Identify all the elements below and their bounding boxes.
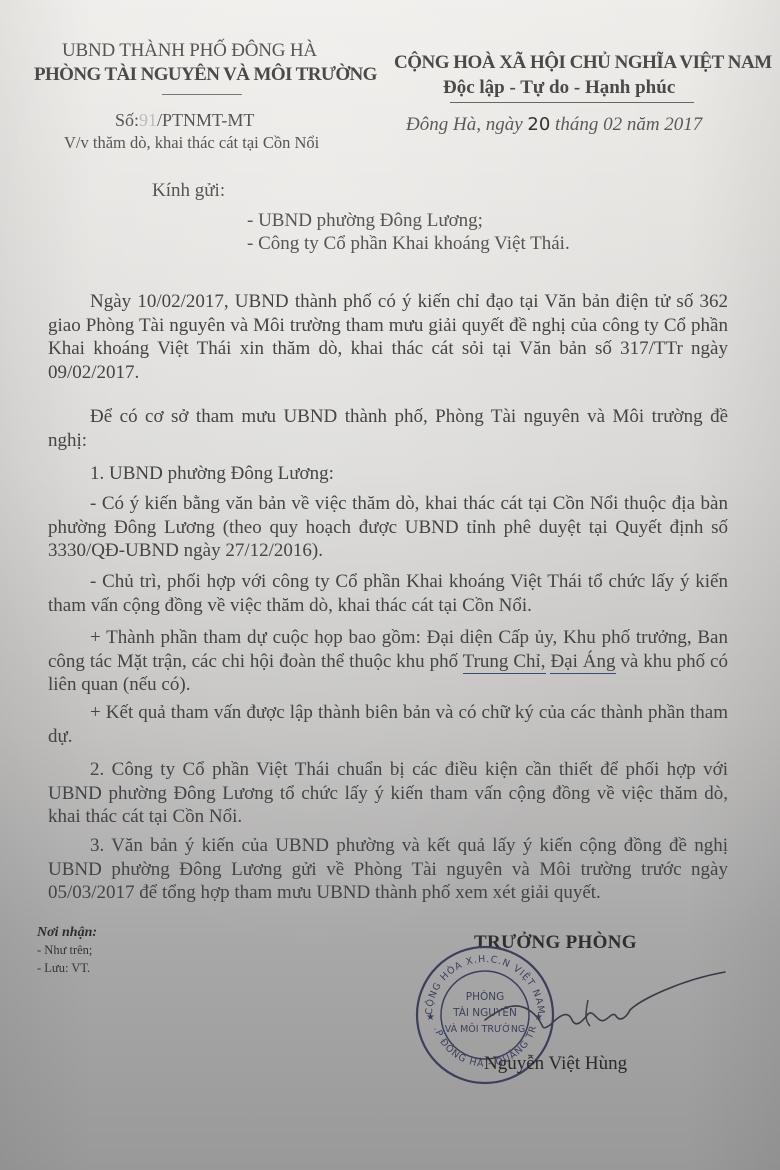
seal-star-icon: ★ xyxy=(534,1012,543,1023)
place-date-suffix: tháng 02 năm 2017 xyxy=(550,114,702,135)
issuing-department: PHÒNG TÀI NGUYÊN VÀ MÔI TRƯỜNG xyxy=(34,64,377,86)
paragraph-background: Ngày 10/02/2017, UBND thành phố có ý kiế… xyxy=(48,290,728,384)
signer-name: Nguyễn Việt Hùng xyxy=(484,1053,627,1075)
national-motto: Độc lập - Tự do - Hạnh phúc xyxy=(443,77,675,99)
section-2: 2. Công ty Cổ phần Việt Thái chuẩn bị cá… xyxy=(48,758,728,829)
seal-inner-line: PHÒNG xyxy=(466,990,504,1003)
seal-inner-line: VÀ MÔI TRƯỜNG xyxy=(445,1023,526,1035)
handwritten-day: 20 xyxy=(527,114,550,135)
section-1-item-a: - Có ý kiến bằng văn bản về việc thăm dò… xyxy=(48,492,728,563)
underlined-area-dai-ang: Đại Áng xyxy=(550,651,615,674)
underlined-area-trung-chi: Trung Chỉ, xyxy=(463,651,546,674)
section-1-item-b: - Chủ trì, phối hợp với công ty Cổ phần … xyxy=(48,570,728,617)
place-date-prefix: Đông Hà, ngày xyxy=(406,114,527,135)
section-3: 3. Văn bản ý kiến của UBND phường và kết… xyxy=(48,834,728,905)
recipient-item: - UBND phường Đông Lương; xyxy=(247,210,483,232)
recipient-item: - Công ty Cổ phần Khai khoáng Việt Thái. xyxy=(247,233,570,255)
national-title: CỘNG HOÀ XÃ HỘI CHỦ NGHĨA VIỆT NAM xyxy=(394,52,772,74)
section-1-title: 1. UBND phường Đông Lương: xyxy=(48,462,728,486)
document-subject: V/v thăm dò, khai thác cát tại Cồn Nổi xyxy=(64,133,319,153)
issuing-authority: UBND THÀNH PHỐ ĐÔNG HÀ xyxy=(62,40,317,62)
seal-inner-line: TÀI NGUYÊN xyxy=(452,1006,517,1019)
distribution-title: Nơi nhận: xyxy=(37,925,97,941)
distribution-item: - Lưu: VT. xyxy=(37,961,90,976)
header-right-rule xyxy=(450,102,694,103)
document-number: Số:91/PTNMT-MT xyxy=(115,110,254,131)
section-1-item-d: + Kết quả tham vấn được lập thành biên b… xyxy=(48,701,728,748)
document-number-suffix: /PTNMT-MT xyxy=(157,110,254,130)
seal-star-icon: ★ xyxy=(426,1012,435,1023)
header-left-rule xyxy=(162,94,242,95)
document-number-prefix: Số: xyxy=(115,110,139,130)
recipients-label: Kính gửi: xyxy=(152,180,225,202)
place-and-date: Đông Hà, ngày 20 tháng 02 năm 2017 xyxy=(406,114,702,136)
paragraph-request-intro: Để có cơ sở tham mưu UBND thành phố, Phò… xyxy=(48,405,728,452)
section-1-item-c: + Thành phần tham dự cuộc họp bao gồm: Đ… xyxy=(48,626,728,697)
distribution-item: - Như trên; xyxy=(37,943,92,958)
document-number-value: 91 xyxy=(139,110,157,130)
